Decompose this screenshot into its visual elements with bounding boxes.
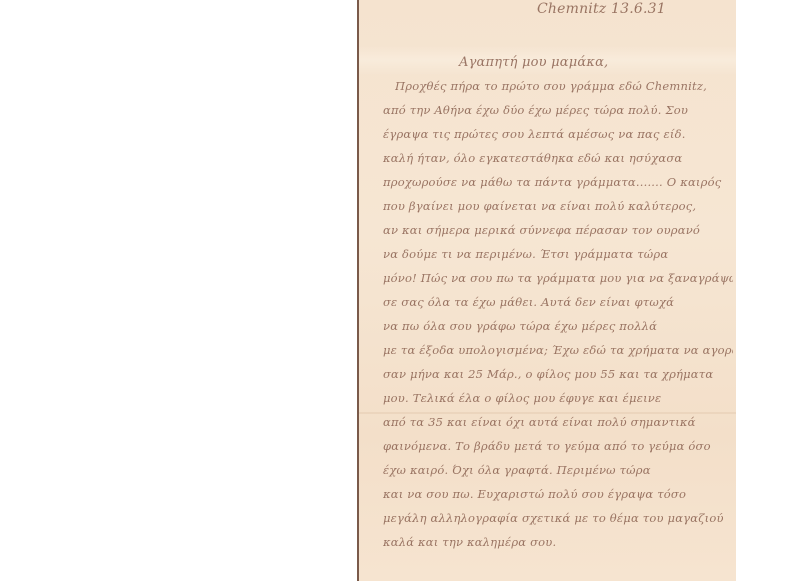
letter-line: σαν μήνα και 25 Μάρ., ο φίλος μου 55 και…: [383, 367, 733, 381]
letter-line: μόνο! Πώς να σου πω τα γράμματα μου για …: [383, 271, 733, 285]
letter-page: Chemnitz 13.6.31 Αγαπητή μου μαμάκα, Προ…: [357, 0, 736, 581]
letter-line: να δούμε τι να περιμένω. Έτσι γράμματα τ…: [383, 247, 733, 261]
letter-dateline: Chemnitz 13.6.31: [537, 1, 666, 17]
letter-line: φαινόμενα. Το βράδυ μετά το γεύμα από το…: [383, 439, 733, 453]
letter-line: προχωρούσε να μάθω τα πάντα γράμματα....…: [383, 175, 733, 189]
letter-line: με τα έξοδα υπολογισμένα; Έχω εδώ τα χρή…: [383, 343, 733, 357]
letter-line: σε σας όλα τα έχω μάθει. Αυτά δεν είναι …: [383, 295, 733, 309]
letter-line: να πω όλα σου γράφω τώρα έχω μέρες πολλά: [383, 319, 733, 333]
letter-line: Προχθές πήρα το πρώτο σου γράμμα εδώ Che…: [395, 79, 736, 93]
letter-line: μου. Τελικά έλα ο φίλος μου έφυγε και έμ…: [383, 391, 733, 405]
letter-line: που βγαίνει μου φαίνεται να είναι πολύ κ…: [383, 199, 733, 213]
letter-line: μεγάλη αλληλογραφία σχετικά με το θέμα τ…: [383, 511, 733, 525]
letter-salutation: Αγαπητή μου μαμάκα,: [459, 55, 608, 70]
letter-line: και να σου πω. Ευχαριστώ πολύ σου έγραψα…: [383, 487, 733, 501]
letter-line: αν και σήμερα μερικά σύννεφα πέρασαν τον…: [383, 223, 733, 237]
letter-line: έχω καιρό. Όχι όλα γραφτά. Περιμένω τώρα: [383, 463, 733, 477]
letter-line: από την Αθήνα έχω δύο έχω μέρες τώρα πολ…: [383, 103, 733, 117]
letter-line: από τα 35 και είναι όχι αυτά είναι πολύ …: [383, 415, 733, 429]
letter-line: καλή ήταν, όλο εγκατεστάθηκα εδώ και ησύ…: [383, 151, 733, 165]
letter-line: καλά και την καλημέρα σου.: [383, 535, 733, 549]
letter-line: έγραψα τις πρώτες σου λεπτά αμέσως να πα…: [383, 127, 733, 141]
